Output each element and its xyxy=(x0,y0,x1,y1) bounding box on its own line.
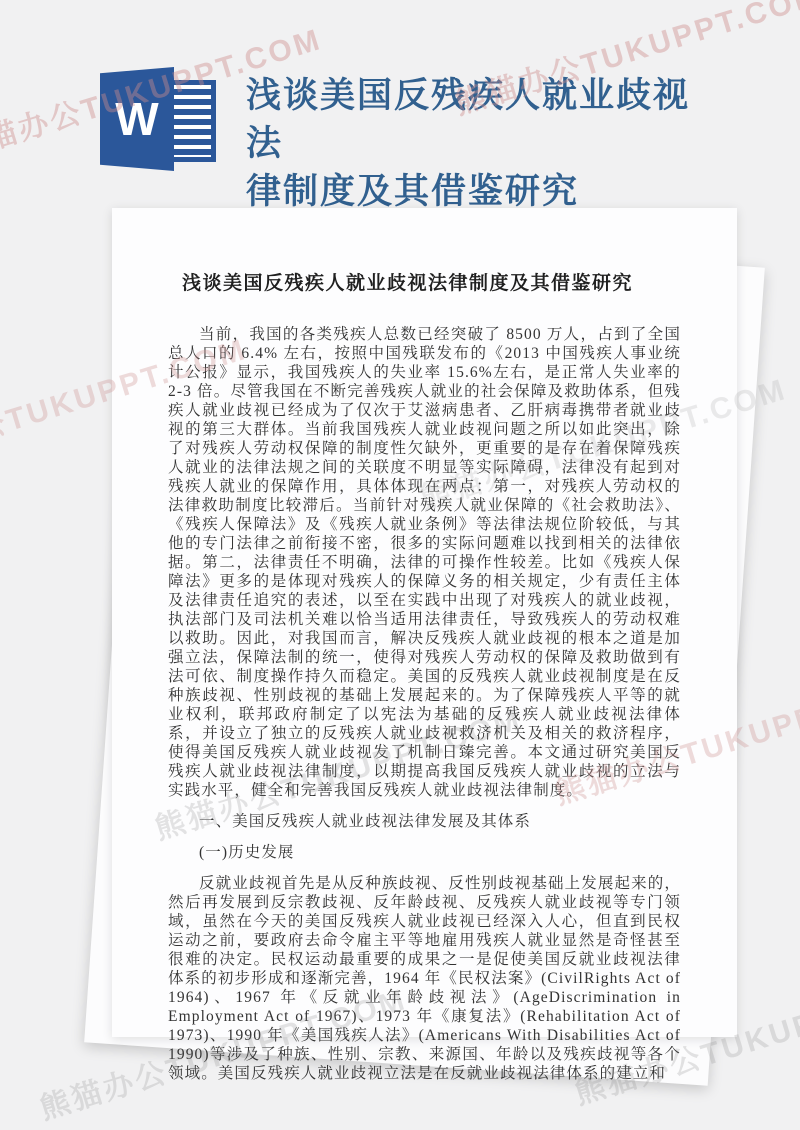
word-file-icon: W xyxy=(100,64,222,176)
document-preview-page: 浅谈美国反残疾人就业歧视法律制度及其借鉴研究 当前，我国的各类残疾人总数已经突破… xyxy=(112,208,737,1037)
document-subsection-heading: (一)历史发展 xyxy=(168,843,681,862)
word-w-panel-icon: W xyxy=(100,67,174,171)
document-paragraph-intro: 当前，我国的各类残疾人总数已经突破了 8500 万人，占到了全国总人口的 6.4… xyxy=(168,325,681,800)
document-section-heading: 一、美国反残疾人就业歧视法律发展及其体系 xyxy=(168,812,681,831)
document-title: 浅谈美国反残疾人就业歧视法律制度及其借鉴研究 xyxy=(168,270,681,298)
word-icon-letter: W xyxy=(115,96,158,142)
word-document-sheet-icon xyxy=(168,80,216,162)
page-title: 浅谈美国反残疾人就业歧视法 律制度及其借鉴研究 xyxy=(246,72,721,216)
document-paragraph-history: 反就业歧视首先是从反种族歧视、反性别歧视基础上发展起来的，然后再发展到反宗教歧视… xyxy=(168,874,681,1083)
page-title-line1: 浅谈美国反残疾人就业歧视法 xyxy=(246,72,721,168)
document-body: 当前，我国的各类残疾人总数已经突破了 8500 万人，占到了全国总人口的 6.4… xyxy=(168,325,681,1083)
page-header: W 浅谈美国反残疾人就业歧视法 律制度及其借鉴研究 xyxy=(0,0,800,200)
